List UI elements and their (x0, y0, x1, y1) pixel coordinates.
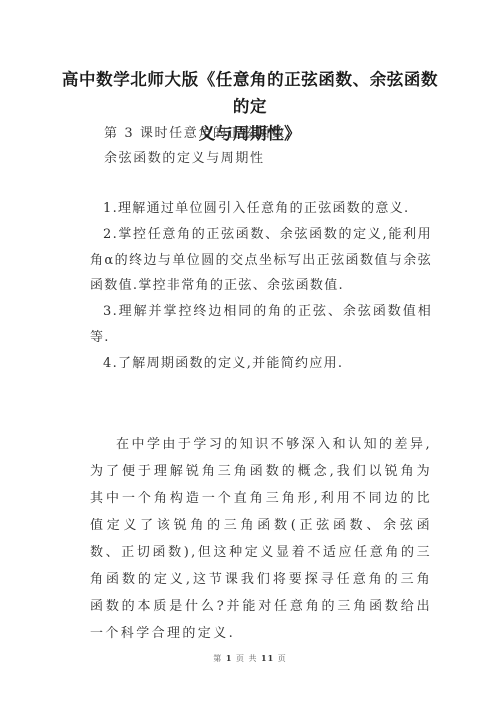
lesson-subtitle-line-2: 余弦函数的定义与周期性 (104, 146, 265, 171)
total-pages-number: 11 (261, 653, 274, 663)
objective-item: 4.了解周期函数的定义,并能简约应用. (90, 351, 432, 377)
page-footer: 第 1 页 共 11 页 (0, 653, 500, 664)
intro-paragraph: 在中学由于学习的知识不够深入和认知的差异,为了便于理解锐角三角函数的概念,我们以… (90, 431, 432, 647)
footer-prefix: 第 (213, 654, 222, 663)
objective-item: 1.理解通过单位圆引入任意角的正弦函数的意义. (90, 196, 432, 222)
footer-suffix: 页 (278, 654, 287, 663)
learning-objectives: 1.理解通过单位圆引入任意角的正弦函数的意义. 2.掌控任意角的正弦函数、余弦函… (90, 196, 432, 377)
document-page: 高中数学北师大版《任意角的正弦函数、余弦函数的定 义与周期性》 第 3 课时任意… (0, 0, 500, 707)
current-page-number: 1 (226, 653, 233, 663)
lesson-subtitle-line-1: 第 3 课时任意角的正弦函数、 (104, 121, 301, 146)
objective-item: 3.理解并掌控终边相同的角的正弦、余弦函数值相等. (90, 299, 432, 351)
footer-middle: 页 共 (236, 654, 258, 663)
intro-section: 在中学由于学习的知识不够深入和认知的差异,为了便于理解锐角三角函数的概念,我们以… (90, 431, 432, 647)
title-line-1: 高中数学北师大版《任意角的正弦函数、余弦函数的定 (60, 66, 440, 120)
objective-item: 2.掌控任意角的正弦函数、余弦函数的定义,能利用角α的终边与单位圆的交点坐标写出… (90, 222, 432, 299)
